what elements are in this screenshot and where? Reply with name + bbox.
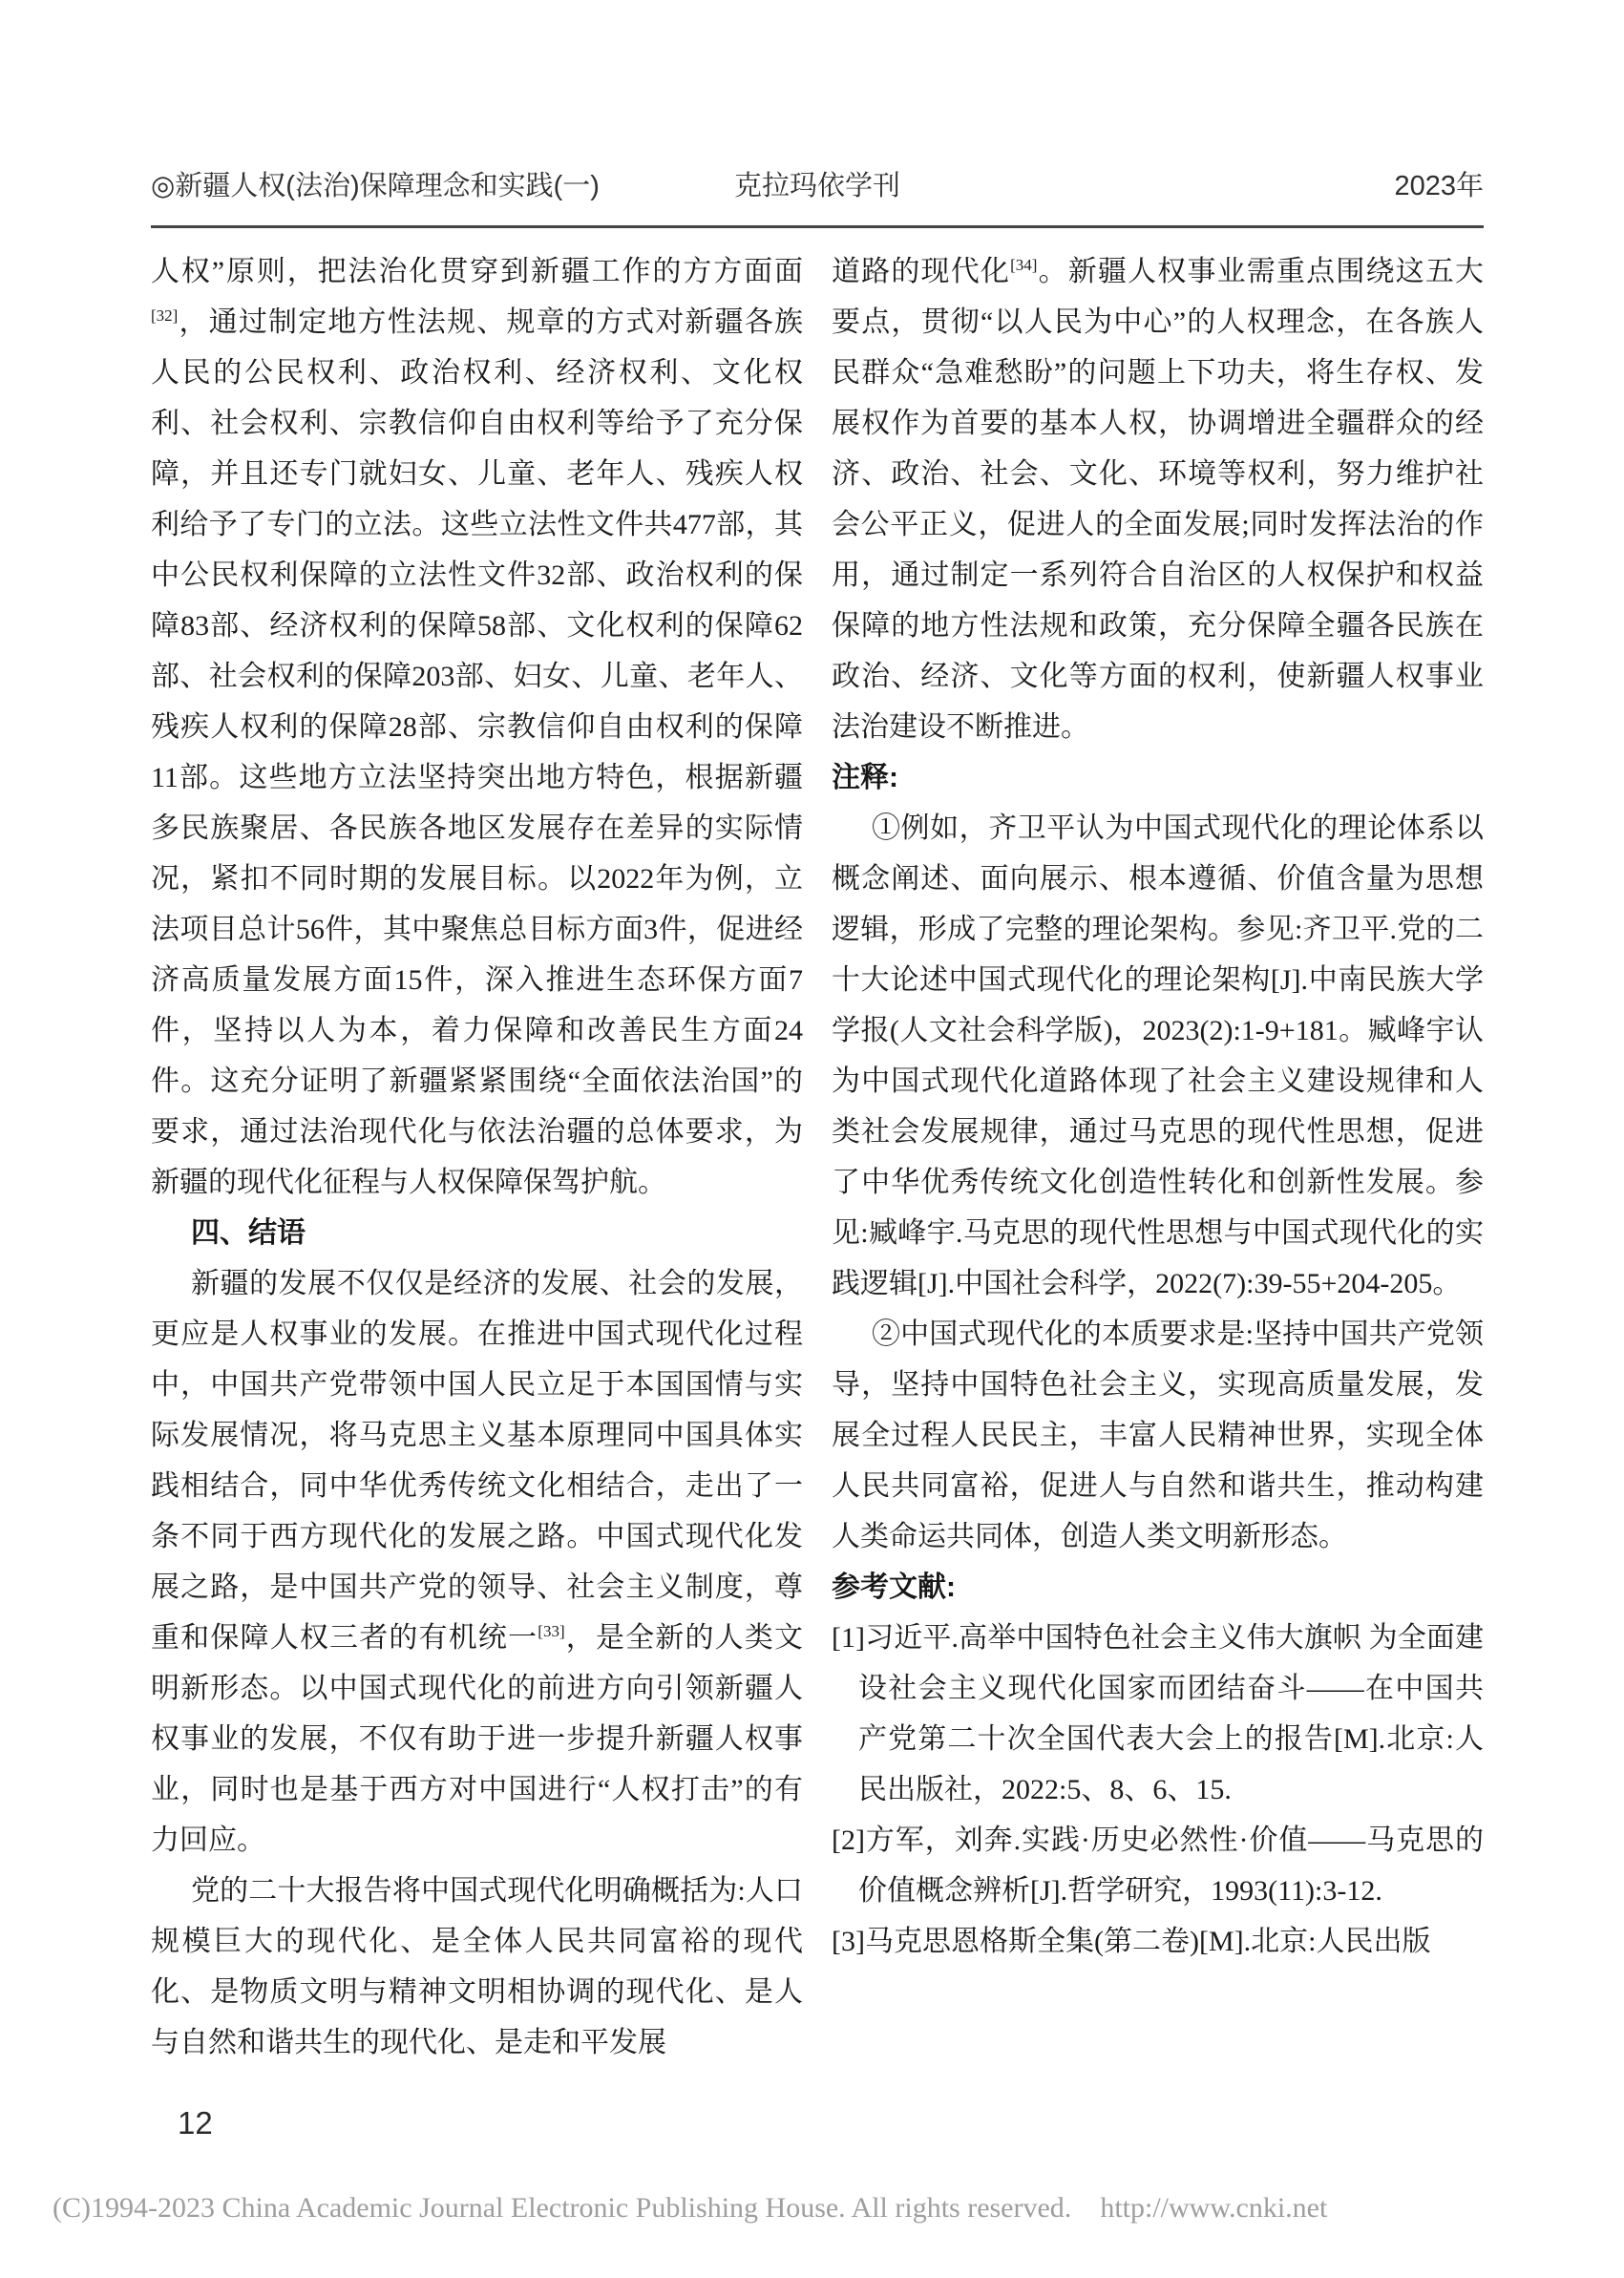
page-footer: (C)1994-2023 China Academic Journal Elec… — [53, 2192, 1327, 2225]
page-number: 12 — [178, 2105, 213, 2141]
reference-item: [1]习近平.高举中国特色社会主义伟大旗帜 为全面建设社会主义现代化国家而团结奋… — [832, 1613, 1484, 1815]
reference-item: [2]方军，刘奔.实践·历史必然性·价值——马克思的价值概念辨析[J].哲学研究… — [832, 1815, 1484, 1916]
right-column: 道路的现代化[34]。新疆人权事业需重点围绕这五大要点，贯彻“以人民为中心”的人… — [832, 246, 1484, 2068]
note-item: ①例如，齐卫平认为中国式现代化的理论体系以概念阐述、面向展示、根本遵循、价值含量… — [832, 803, 1484, 1309]
header-journal-name: 克拉玛依学刊 — [642, 164, 992, 203]
journal-page: ◎新疆人权(法治)保障理念和实践(一) 克拉玛依学刊 2023年 人权”原则，把… — [0, 0, 1624, 2278]
two-column-body: 人权”原则，把法治化贯穿到新疆工作的方方面面[32]，通过制定地方性法规、规章的… — [151, 246, 1484, 2068]
reference-item: [3]马克思恩格斯全集(第二卷)[M].北京:人民出版 — [832, 1916, 1484, 1967]
references-heading: 参考文献: — [832, 1562, 1484, 1613]
footer-copyright: (C)1994-2023 China Academic Journal Elec… — [53, 2192, 1071, 2225]
section-heading-conclusion: 四、结语 — [151, 1208, 803, 1258]
body-paragraph: 党的二十大报告将中国式现代化明确概括为:人口规模巨大的现代化、是全体人民共同富裕… — [151, 1866, 803, 2068]
body-paragraph: 新疆的发展不仅仅是经济的发展、社会的发展，更应是人权事业的发展。在推进中国式现代… — [151, 1258, 803, 1866]
page-header: ◎新疆人权(法治)保障理念和实践(一) 克拉玛依学刊 2023年 — [151, 164, 1484, 203]
header-year: 2023年 — [993, 164, 1484, 203]
header-divider — [151, 225, 1484, 228]
header-article-title: ◎新疆人权(法治)保障理念和实践(一) — [151, 164, 642, 203]
note-item: ②中国式现代化的本质要求是:坚持中国共产党领导，坚持中国特色社会主义，实现高质量… — [832, 1309, 1484, 1562]
notes-heading: 注释: — [832, 752, 1484, 803]
body-paragraph: 道路的现代化[34]。新疆人权事业需重点围绕这五大要点，贯彻“以人民为中心”的人… — [832, 246, 1484, 752]
left-column: 人权”原则，把法治化贯穿到新疆工作的方方面面[32]，通过制定地方性法规、规章的… — [151, 246, 803, 2068]
body-paragraph: 人权”原则，把法治化贯穿到新疆工作的方方面面[32]，通过制定地方性法规、规章的… — [151, 246, 803, 1208]
footer-url: http://www.cnki.net — [1100, 2192, 1327, 2225]
